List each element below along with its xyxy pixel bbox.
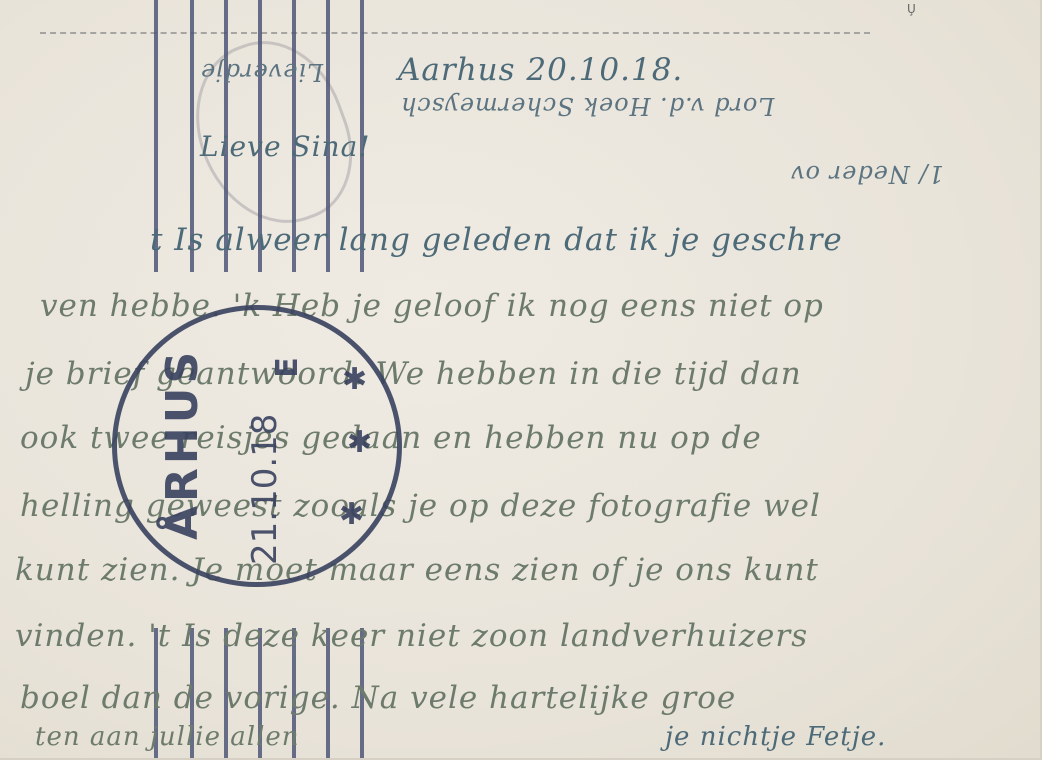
corner-mark: U̧	[907, 2, 916, 16]
postcard-back: U̧ Aarhus 20.10.18. Lieverdje Lord v.d. …	[0, 0, 1042, 760]
postmark-city: ÅRHUS	[157, 348, 208, 540]
place-date: Aarhus 20.10.18.	[398, 52, 683, 88]
star-icon: ✱	[342, 365, 367, 395]
star-icon: ✱	[339, 500, 364, 530]
body-line-6: kunt zien. Je moet maar eens zien of je …	[15, 552, 819, 588]
star-icon: ✱	[347, 428, 372, 458]
upside-down-line-1: Lieverdje	[200, 58, 323, 86]
upside-down-line-2: Lord v.d. Hoek Schermeysch	[400, 92, 774, 120]
upside-down-line-3: 1/ Neder ov	[790, 160, 944, 188]
salutation: Lieve Sina!	[200, 130, 371, 163]
postmark-suffix: E	[270, 357, 305, 378]
signature: je nichtje Fetje.	[665, 722, 886, 752]
postmark-date: 21.10.18	[245, 414, 285, 565]
body-line-9: ten aan jullie allen	[35, 722, 300, 752]
body-line-8: boel dan de vorige. Na vele hartelijke g…	[20, 680, 736, 716]
body-line-2: ven hebbe. 'k Heb je geloof ik nog eens …	[40, 288, 824, 324]
body-line-7: vinden. 't Is deze keer niet zoon landve…	[15, 618, 808, 654]
body-line-1: t Is alweer lang geleden dat ik je gesch…	[150, 222, 843, 258]
postmark: ÅRHUS 21.10.18 ✱ ✱ ✱ E	[112, 305, 402, 587]
